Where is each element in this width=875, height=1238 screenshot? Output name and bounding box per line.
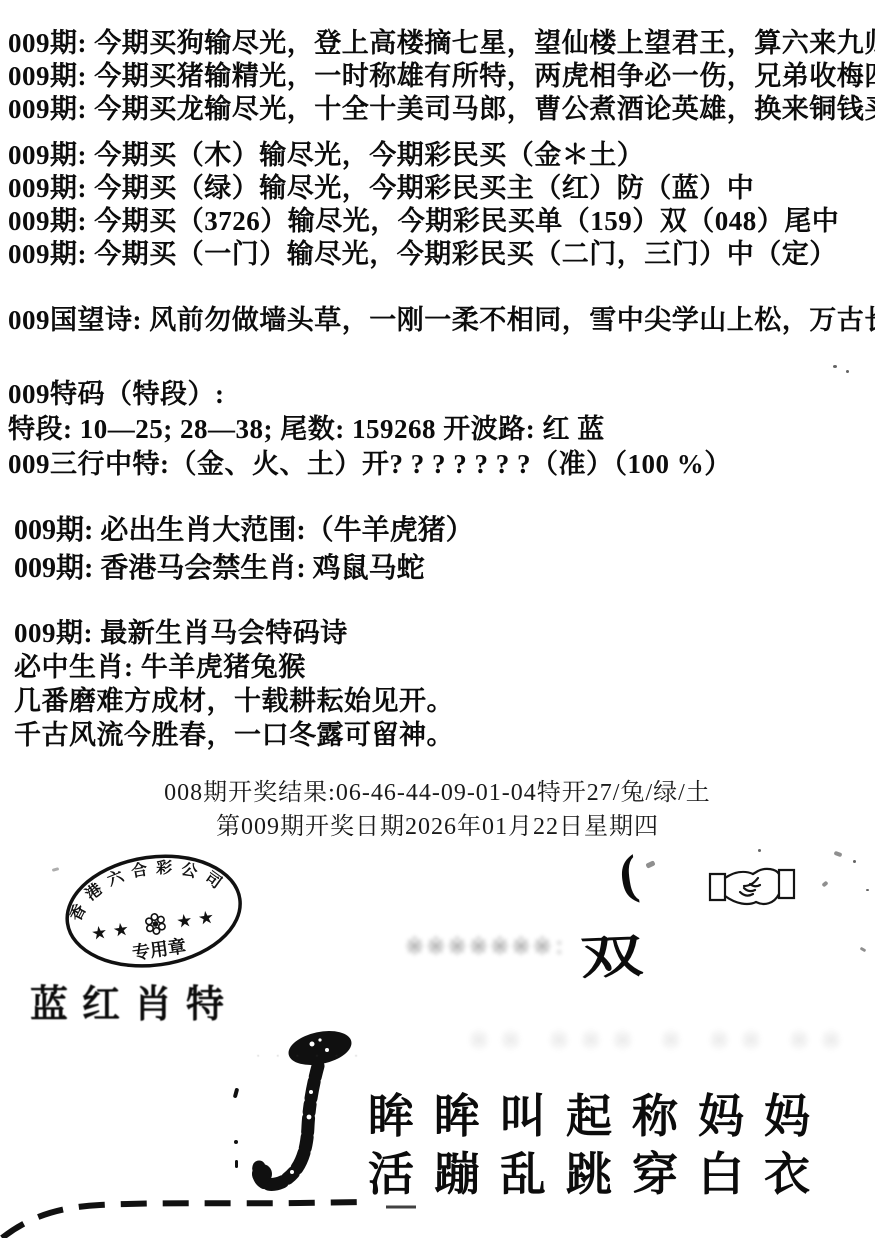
ink-speck [860, 947, 867, 953]
ink-speck [853, 860, 856, 863]
star-icon: ★ ★ [90, 919, 131, 945]
previous-result-line: 008期开奖结果:06-46-44-09-01-04特开27/兔/绿/土 [0, 772, 875, 807]
zodiac-must-line: 009期: 必出生肖大范围:（牛羊虎猪） [14, 508, 474, 548]
ink-speck [821, 881, 828, 888]
stamp-bottom-text: 专用章 [131, 935, 187, 963]
paren-mark: ( [615, 842, 641, 906]
blue-red-stamp-text: 蓝红肖特 [30, 973, 238, 1028]
prediction-line: 009期: 今期买龙输尽光，十全十美司马郎，曹公煮酒论英雄，换来铜钱买牛马。 [8, 87, 875, 126]
big-verse-line-2: 活蹦乱跳穿白衣 [368, 1138, 830, 1204]
company-stamp: 香港六合彩公司 ★ ★ ★ ★ 专用章 [54, 840, 254, 988]
handshake-icon [706, 862, 798, 917]
next-draw-date-line: 第009期开奖日期2026年01月22日星期四 [0, 806, 875, 841]
guowang-poem-line: 009国望诗: 风前勿做墙头草，一刚一柔不相同，雪中尖学山上松，万古长青不怕雪。 [8, 298, 875, 337]
tema-poem-verse-2: 千古风流今胜春，一口冬露可留神。 [14, 713, 454, 752]
tema-sanxing-line: 009三行中特:（金、火、土）开? ? ? ? ? ? ?（准）（100 %） [8, 442, 732, 481]
ink-speck [833, 365, 837, 368]
faint-smudge-text: ※※ ※※※ ※ ※※ ※※ [468, 1026, 852, 1056]
big-verse-line-1: 眸眸叫起称妈妈 [368, 1080, 830, 1146]
ink-speck [866, 889, 869, 891]
star-icon: ★ ★ [175, 907, 216, 933]
dot-row: · · · · · · [256, 1048, 364, 1064]
tema-heading: 009特码（特段）: [8, 372, 225, 411]
shuang-character: 双 [578, 920, 645, 988]
ink-speck [846, 370, 849, 373]
ink-speck [645, 860, 655, 868]
scanned-lottery-sheet: 009期: 今期买狗输尽光，登上高楼摘七星，望仙楼上望君王，算六来九归同道。 0… [0, 0, 875, 1238]
ink-speck [834, 851, 843, 857]
prediction-line: 009期: 今期买（一门）输尽光，今期彩民买（二门，三门）中（定） [8, 232, 837, 271]
ink-speck [758, 849, 761, 852]
dashed-curve [0, 1180, 430, 1238]
flower-icon [145, 913, 166, 936]
tema-segment-line: 特段: 10—25; 28—38; 尾数: 159268 开波路: 红 蓝 [8, 407, 605, 446]
illegible-smudge-text: ※※※※※※※： [405, 928, 579, 961]
zodiac-banned-line: 009期: 香港马会禁生肖: 鸡鼠马蛇 [14, 546, 425, 586]
